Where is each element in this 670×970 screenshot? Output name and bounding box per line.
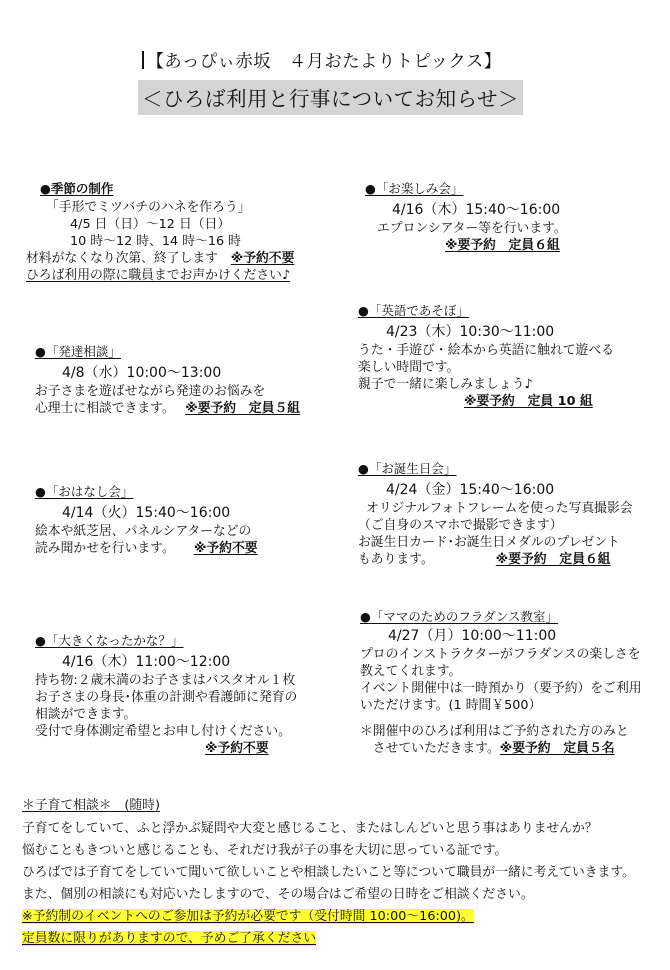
event-note2: ひろば利用の際に職員までお声かけください♪ bbox=[26, 267, 294, 284]
event-desc: 持ち物:２歳未満のお子さまはバスタオル１枚 bbox=[35, 672, 297, 689]
consultation-line: ひろばでは子育てをしていて聞いて欲しいことや相談したいこと等について職員が一緒に… bbox=[22, 862, 635, 884]
cursor-bar bbox=[142, 51, 144, 69]
event-tanjoubi: ●「お誕生日会」 4/24（金）15:40～16:00 オリジナルフォトフレーム… bbox=[358, 460, 633, 568]
event-ohanashi: ●「おはなし会」 4/14（火）15:40～16:00 絵本や紙芝居、パネルシア… bbox=[35, 483, 258, 557]
event-desc: 受付で身体測定希望とお申し付けください。 bbox=[35, 723, 297, 740]
reservation-label: ※予約不要 bbox=[194, 541, 258, 556]
event-heading: ●季節の制作 bbox=[40, 180, 113, 197]
page-title: 【あっぴぃ赤坂 ４月おたよりトピックス】 bbox=[142, 48, 501, 73]
event-title: 「手形でミツバチのハネを作ろう」 bbox=[26, 199, 294, 216]
event-desc: 読み聞かせを行います。 bbox=[35, 541, 168, 556]
event-desc: 絵本や紙芝居、パネルシアターなどの bbox=[35, 523, 258, 540]
notice-reservation: ※予約制のイベントへのご参加は予約が必要です（受付時間 10:00～16:00)… bbox=[22, 906, 474, 928]
event-heading: ●「お楽しみ会」 bbox=[365, 180, 567, 197]
event-date: 4/24（金）15:40～16:00 bbox=[358, 481, 633, 500]
event-desc: もあります。 bbox=[358, 552, 434, 567]
event-note: ＊開催中のひろば利用はご予約された方のみと bbox=[360, 723, 642, 740]
reservation-label: ※要予約 定員６組 bbox=[445, 238, 560, 253]
reservation-label: ※予約不要 bbox=[205, 741, 269, 756]
event-otanoshimi: ●「お楽しみ会」 4/16（木）15:40～16:00 エプロンシアター等を行い… bbox=[365, 180, 567, 254]
event-desc: エプロンシアター等を行います。 bbox=[365, 220, 567, 237]
event-time: 10 時～12 時、14 時～16 時 bbox=[26, 233, 294, 250]
consultation-line: 子育てをしていて、ふと浮かぶ疑問や大変と感じること、またはしんどいと思う事はあり… bbox=[22, 818, 598, 840]
consultation-heading: ＊子育て相談＊ (随時) bbox=[22, 795, 160, 817]
event-kisetsu-body: 「手形でミツバチのハネを作ろう」 4/5 日（日）～12 日（日） 10 時～1… bbox=[26, 199, 294, 284]
event-hattatsu: ●「発達相談」 4/8（水）10:00～13:00 お子さまを遊ばせながら発達の… bbox=[35, 343, 300, 417]
event-date: 4/16（木）15:40～16:00 bbox=[365, 201, 567, 220]
reservation-label: ※要予約 定員 10 組 bbox=[464, 394, 593, 409]
notice-capacity: 定員数に限りがありますので、予めご了承ください bbox=[22, 928, 316, 950]
event-note: させていただきます。 bbox=[360, 741, 500, 756]
event-desc: 親子で一緒に楽しみましょう♪ bbox=[358, 376, 614, 393]
event-date: 4/5 日（日）～12 日（日） bbox=[26, 216, 294, 233]
event-heading: ●「おはなし会」 bbox=[35, 483, 258, 500]
consultation-line: また、個別の相談にも対応いたしますので、その場合はご希望の日時をご相談ください。 bbox=[22, 884, 534, 906]
event-desc: お子さまを遊ばせながら発達のお悩みを bbox=[35, 383, 300, 400]
event-date: 4/16（木）11:00～12:00 bbox=[35, 653, 297, 672]
event-desc: うた・手遊び・絵本から英語に触れて遊べる bbox=[358, 342, 614, 359]
event-desc: 心理士に相談できます。 bbox=[35, 401, 168, 416]
event-desc: プロのインストラクターがフラダンスの楽しさを bbox=[360, 646, 642, 663]
page-subtitle: ＜ひろば利用と行事についてお知らせ＞ bbox=[138, 80, 523, 115]
event-desc: 相談ができます。 bbox=[35, 706, 297, 723]
event-desc: お子さまの身長･体重の計測や看護師に発育の bbox=[35, 689, 297, 706]
title-text: 【あっぴぃ赤坂 ４月おたよりトピックス】 bbox=[147, 52, 502, 72]
reservation-label: ※予約不要 bbox=[231, 251, 295, 266]
event-desc: イベント開催中は一時預かり（要予約）をご利用 bbox=[360, 680, 642, 697]
consultation-line: 悩むこともきついと感じることも、それだけ我が子の事を大切に思っている証です。 bbox=[22, 840, 507, 862]
event-eigo: ●「英語であそぼ」 4/23（木）10:30～11:00 うた・手遊び・絵本から… bbox=[358, 302, 614, 410]
event-desc: オリジナルフォトフレームを使った写真撮影会 bbox=[358, 500, 633, 517]
event-hula: ●「ママのためのフラダンス教室」 4/27（月）10:00～11:00 プロのイ… bbox=[360, 608, 642, 757]
event-desc: お誕生日カード･お誕生日メダルのプレゼント bbox=[358, 534, 633, 551]
event-desc: 教えてくれます。 bbox=[360, 663, 642, 680]
event-note: 材料がなくなり次第、終了します bbox=[26, 251, 218, 266]
event-desc: 楽しい時間です。 bbox=[358, 359, 614, 376]
event-heading: ●「英語であそぼ」 bbox=[358, 302, 614, 319]
reservation-label: ※要予約 定員５組 bbox=[185, 401, 300, 416]
reservation-label: ※要予約 定員６組 bbox=[496, 552, 611, 567]
reservation-label: ※要予約 定員５名 bbox=[500, 741, 615, 756]
event-date: 4/8（水）10:00～13:00 bbox=[35, 364, 300, 383]
event-heading: ●「発達相談」 bbox=[35, 343, 300, 360]
event-heading: ●「ママのためのフラダンス教室」 bbox=[360, 608, 642, 625]
event-date: 4/23（木）10:30～11:00 bbox=[358, 323, 614, 342]
event-heading: ●「大きくなったかな？」 bbox=[35, 632, 297, 649]
event-date: 4/14（火）15:40～16:00 bbox=[35, 504, 258, 523]
event-date: 4/27（月）10:00～11:00 bbox=[360, 627, 642, 646]
event-desc: いただけます。(1 時間￥500） bbox=[360, 697, 642, 714]
event-desc: （ご自身のスマホで撮影できます） bbox=[358, 517, 633, 534]
event-kisetsu: ●季節の制作 bbox=[40, 180, 113, 197]
event-ookiku: ●「大きくなったかな？」 4/16（木）11:00～12:00 持ち物:２歳未満… bbox=[35, 632, 297, 757]
event-heading: ●「お誕生日会」 bbox=[358, 460, 633, 477]
